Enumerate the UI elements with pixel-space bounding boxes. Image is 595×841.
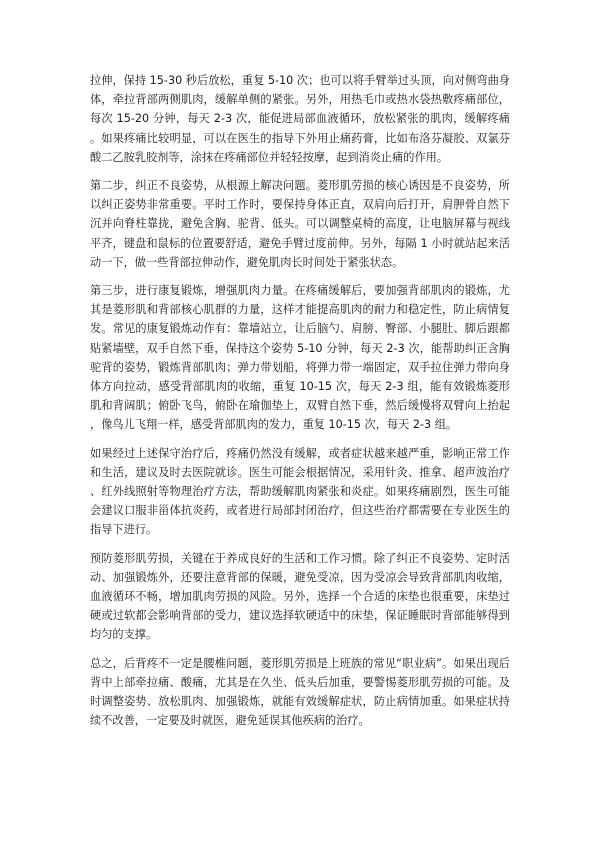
paragraph-conclusion: 总之，后背疼不一定是腰椎问题，菱形肌劳损是上班族的常见“职业病”。如果出现后背中… <box>90 654 510 731</box>
paragraph-prevention: 预防菱形肌劳损，关键在于养成良好的生活和工作习惯。除了纠正不良姿势、定时活动、加… <box>90 549 510 645</box>
paragraph-medical-treatment: 如果经过上述保守治疗后，疼痛仍然没有缓解，或者症状越来越严重，影响正常工作和生活… <box>90 444 510 540</box>
paragraph-stretch-and-heat: 拉伸，保持 15-30 秒后放松，重复 5-10 次；也可以将手臂举过头顶，向对… <box>90 71 510 167</box>
document-page: 拉伸，保持 15-30 秒后放松，重复 5-10 次；也可以将手臂举过头顶，向对… <box>90 71 510 740</box>
paragraph-step-three-exercise: 第三步，进行康复锻炼，增强肌肉力量。在疼痛缓解后，要加强背部肌肉的锻炼，尤其是菱… <box>90 281 510 435</box>
paragraph-step-two-posture: 第二步，纠正不良姿势，从根源上解决问题。菱形肌劳损的核心诱因是不良姿势，所以纠正… <box>90 176 510 272</box>
